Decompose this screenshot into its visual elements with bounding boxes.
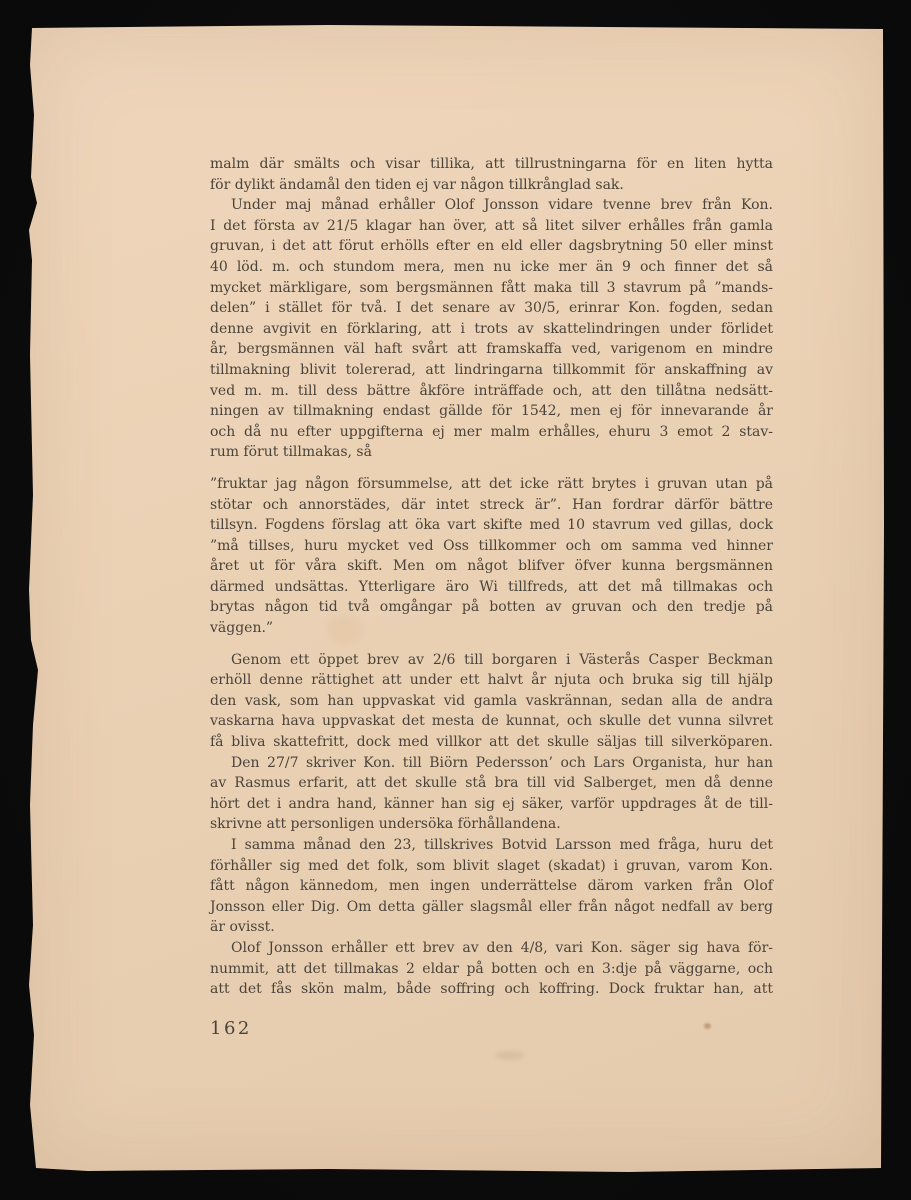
text-line: brytas någon tid två omgångar på botten … — [210, 597, 773, 618]
page-text: malm där smälts och visar tillika, att t… — [210, 154, 773, 1000]
paragraph: Den 27/7 skriver Kon. till Biörn Pederss… — [210, 753, 773, 835]
text-line: ningen av tillmakning endast gällde för … — [210, 401, 773, 422]
text-line: ved m. m. till dess bättre åkföre inträf… — [210, 381, 773, 402]
text-line: Jonsson eller Dig. Om detta gäller slags… — [210, 897, 773, 918]
text-line: förhåller sig med det folk, som blivit s… — [210, 856, 773, 877]
text-line: och då nu efter uppgifterna ej mer malm … — [210, 422, 773, 443]
text-line: gruvan, i det att förut erhölls efter en… — [210, 236, 773, 257]
paragraph: I samma månad den 23, tillskrives Botvid… — [210, 835, 773, 938]
text-line: väggen.” — [210, 618, 773, 639]
text-line: hört det i andra hand, känner han sig ej… — [210, 794, 773, 815]
book-page: malm där smälts och visar tillika, att t… — [28, 25, 884, 1172]
text-line: stötar och annorstädes, där intet streck… — [210, 495, 773, 516]
text-line: vaskarna hava uppvaskat det mesta de kun… — [210, 711, 773, 732]
block-quote: ”fruktar jag någon försummelse, att det … — [210, 474, 773, 639]
paper-stain — [496, 1051, 524, 1060]
text-line: fått någon kännedom, men ingen underrätt… — [210, 876, 773, 897]
text-line: ”fruktar jag någon försummelse, att det … — [210, 474, 773, 495]
text-line: tillsyn. Fogdens förslag att öka vart sk… — [210, 515, 773, 536]
text-line: år, bergsmännen väl haft svårt att frams… — [210, 339, 773, 360]
paragraph: malm där smälts och visar tillika, att t… — [210, 154, 773, 195]
text-line: skrivne att personligen undersöka förhål… — [210, 814, 773, 835]
text-line: Den 27/7 skriver Kon. till Biörn Pederss… — [210, 753, 773, 774]
text-line: ”må tillses, huru mycket ved Oss tillkom… — [210, 536, 773, 557]
text-line: nummit, att det tillmakas 2 eldar på bot… — [210, 959, 773, 980]
text-line: få bliva skattefritt, dock med villkor a… — [210, 732, 773, 753]
text-line: denne avgivit en förklaring, att i trots… — [210, 319, 773, 340]
text-line: därmed undsättas. Ytterligare äro Wi til… — [210, 577, 773, 598]
text-line: för dylikt ändamål den tiden ej var någo… — [210, 175, 773, 196]
text-line: I samma månad den 23, tillskrives Botvid… — [210, 835, 773, 856]
paragraph: Under maj månad erhåller Olof Jonsson vi… — [210, 195, 773, 463]
text-line: I det första av 21/5 klagar han över, at… — [210, 216, 773, 237]
text-line: är ovisst. — [210, 917, 773, 938]
paragraph: Olof Jonsson erhåller ett brev av den 4/… — [210, 938, 773, 1000]
text-line: Olof Jonsson erhåller ett brev av den 4/… — [210, 938, 773, 959]
text-line: tillmakning blivit tolererad, att lindri… — [210, 360, 773, 381]
text-line: delen” i stället för två. I det senare a… — [210, 298, 773, 319]
text-line: rum förut tillmakas, så — [210, 442, 773, 463]
text-line: malm där smälts och visar tillika, att t… — [210, 154, 773, 175]
page-number: 162 — [210, 1018, 252, 1039]
text-line: mycket märkligare, som bergsmännen fått … — [210, 278, 773, 299]
text-line: att det fås skön malm, både soffring och… — [210, 979, 773, 1000]
text-line: den vask, som han uppvaskat vid gamla va… — [210, 691, 773, 712]
paragraph: Genom ett öppet brev av 2/6 till borgare… — [210, 650, 773, 753]
paper-stain — [704, 1023, 711, 1029]
text-line: Genom ett öppet brev av 2/6 till borgare… — [210, 650, 773, 671]
text-line: 40 löd. m. och stundom mera, men nu icke… — [210, 257, 773, 278]
text-line: Under maj månad erhåller Olof Jonsson vi… — [210, 195, 773, 216]
text-line: erhöll denne rättighet att under ett hal… — [210, 670, 773, 691]
text-line: året ut för våra skift. Men om något bli… — [210, 556, 773, 577]
text-line: av Rasmus erfarit, att det skulle stå br… — [210, 773, 773, 794]
